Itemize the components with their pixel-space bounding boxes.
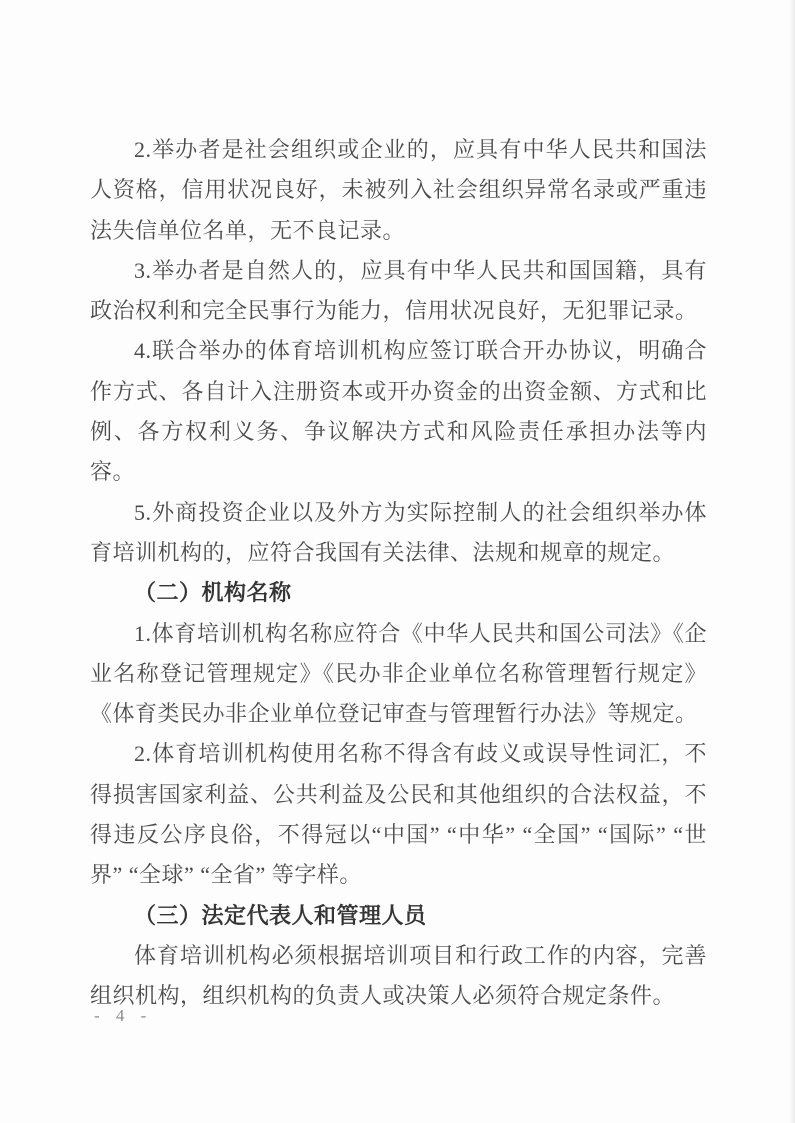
document-page: 2.举办者是社会组织或企业的，应具有中华人民共和国法人资格，信用状况良好，未被列… xyxy=(0,0,795,1123)
paragraph-name-regulations: 1.体育培训机构名称应符合《中华人民共和国公司法》《企业名称登记管理规定》《民办… xyxy=(90,614,707,735)
section-heading-legal-representative: （三）法定代表人和管理人员 xyxy=(90,896,707,936)
section-heading-institution-name: （二）机构名称 xyxy=(90,573,707,613)
page-number: - 4 - xyxy=(94,1004,152,1028)
paragraph-joint-founding: 4.联合举办的体育培训机构应签订联合开办协议，明确合作方式、各自计入注册资本或开… xyxy=(90,331,707,492)
paragraph-founder-natural-person: 3.举办者是自然人的，应具有中华人民共和国国籍，具有政治权利和完全民事行为能力，… xyxy=(90,251,707,332)
paragraph-organization-structure: 体育培训机构必须根据培训项目和行政工作的内容，完善组织机构，组织机构的负责人或决… xyxy=(90,936,707,1017)
paragraph-name-restrictions: 2.体育培训机构使用名称不得含有歧义或误导性词汇，不得损害国家利益、公共利益及公… xyxy=(90,734,707,895)
document-body: 2.举办者是社会组织或企业的，应具有中华人民共和国法人资格，信用状况良好，未被列… xyxy=(90,130,707,1017)
paragraph-founder-organization: 2.举办者是社会组织或企业的，应具有中华人民共和国法人资格，信用状况良好，未被列… xyxy=(90,130,707,251)
paragraph-foreign-investment: 5.外商投资企业以及外方为实际控制人的社会组织举办体育培训机构的，应符合我国有关… xyxy=(90,493,707,574)
